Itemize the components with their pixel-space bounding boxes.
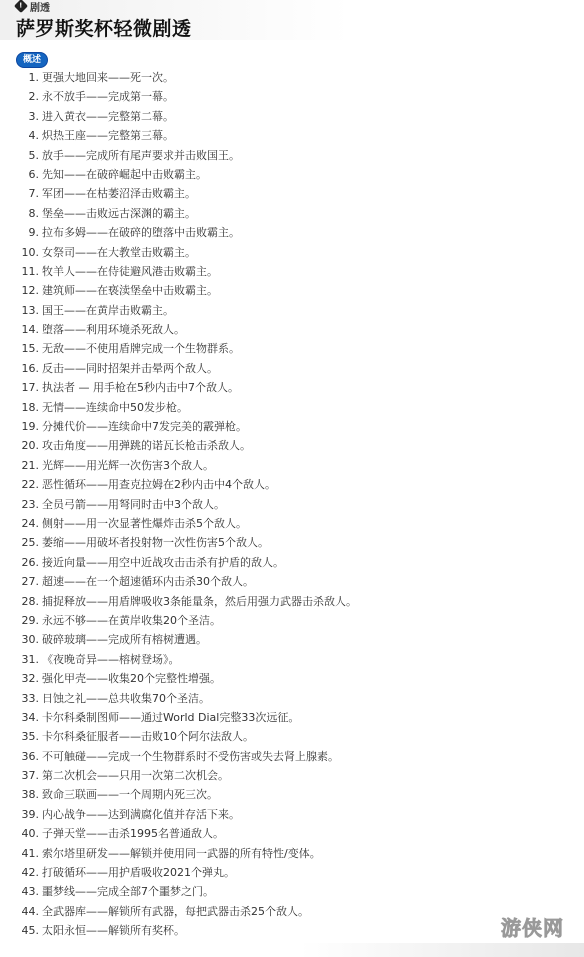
category-label: ! 剧透 (16, 0, 50, 12)
item-number: 40. (0, 824, 42, 843)
item-number: 24. (0, 514, 42, 533)
list-item: 25.萎缩——用破坏者投射物一次性伤害5个敌人。 (0, 533, 357, 552)
list-item: 36.不可触碰——完成一个生物群系时不受伤害或失去肾上腺素。 (0, 747, 357, 766)
watermark-logo: 游侠网 (501, 912, 564, 941)
list-item: 14.堕落——利用环境杀死敌人。 (0, 320, 357, 339)
list-item: 21.光辉——用光辉一次伤害3个敌人。 (0, 456, 357, 475)
item-number: 39. (0, 805, 42, 824)
item-number: 2. (0, 87, 42, 106)
list-item: 7.军团——在枯萎沼泽击败霸主。 (0, 184, 357, 203)
item-text: 无情——连续命中50发步枪。 (42, 398, 188, 417)
item-text: 侧射——用一次显著性爆炸击杀5个敌人。 (42, 514, 247, 533)
list-item: 40.子弹天堂——击杀1995名普通敌人。 (0, 824, 357, 843)
list-item: 29.永远不够——在黄岸收集20个圣洁。 (0, 611, 357, 630)
item-number: 29. (0, 611, 42, 630)
item-number: 38. (0, 785, 42, 804)
item-number: 45. (0, 921, 42, 940)
bottom-shadow (300, 943, 584, 957)
item-text: 进入黄衣——完整第二幕。 (42, 107, 174, 126)
item-text: 太阳永恒——解锁所有奖杯。 (42, 921, 185, 940)
item-text: 萎缩——用破坏者投射物一次性伤害5个敌人。 (42, 533, 269, 552)
list-item: 5.放手——完成所有尾声要求并击败国王。 (0, 146, 357, 165)
list-item: 22.恶性循环——用查克拉姆在2秒内击中4个敌人。 (0, 475, 357, 494)
item-text: 堡垒——击败远古深渊的霸主。 (42, 204, 196, 223)
list-item: 37.第二次机会——只用一次第二次机会。 (0, 766, 357, 785)
item-number: 5. (0, 146, 42, 165)
list-item: 4.炽热王座——完整第三幕。 (0, 126, 357, 145)
item-text: 破碎玻璃——完成所有榕树遭遇。 (42, 630, 207, 649)
item-text: 全武器库——解锁所有武器，每把武器击杀25个敌人。 (42, 902, 309, 921)
item-text: 索尔塔里研发——解锁并使用同一武器的所有特性/变体。 (42, 844, 321, 863)
item-number: 44. (0, 902, 42, 921)
item-number: 41. (0, 844, 42, 863)
list-item: 13.国王——在黄岸击败霸主。 (0, 301, 357, 320)
item-number: 1. (0, 68, 42, 87)
item-text: 强化甲壳——收集20个完整性增强。 (42, 669, 221, 688)
item-text: 超速——在一个超速循环内击杀30个敌人。 (42, 572, 254, 591)
item-number: 9. (0, 223, 42, 242)
item-number: 20. (0, 436, 42, 455)
page-title: 萨罗斯奖杯轻微剧透 (16, 14, 192, 41)
item-number: 15. (0, 339, 42, 358)
item-number: 18. (0, 398, 42, 417)
list-item: 15.无敌——不使用盾牌完成一个生物群系。 (0, 339, 357, 358)
item-text: 更强大地回来——死一次。 (42, 68, 174, 87)
item-text: 卡尔科桑制图师——通过World Dial完整33次远征。 (42, 708, 299, 727)
list-item: 28.捕捉释放——用盾牌吸收3条能量条，然后用强力武器击杀敌人。 (0, 592, 357, 611)
item-text: 子弹天堂——击杀1995名普通敌人。 (42, 824, 224, 843)
item-text: 致命三联画——一个周期内死三次。 (42, 785, 218, 804)
list-item: 6.先知——在破碎崛起中击败霸主。 (0, 165, 357, 184)
list-item: 44.全武器库——解锁所有武器，每把武器击杀25个敌人。 (0, 902, 357, 921)
item-number: 12. (0, 281, 42, 300)
category-text: 剧透 (30, 0, 50, 14)
item-text: 牧羊人——在侍徒避风港击败霸主。 (42, 262, 218, 281)
item-text: 恶性循环——用查克拉姆在2秒内击中4个敌人。 (42, 475, 276, 494)
item-number: 4. (0, 126, 42, 145)
list-item: 3.进入黄衣——完整第二幕。 (0, 107, 357, 126)
item-number: 28. (0, 592, 42, 611)
list-item: 38.致命三联画——一个周期内死三次。 (0, 785, 357, 804)
item-number: 32. (0, 669, 42, 688)
list-item: 26.接近向量——用空中近战攻击击杀有护盾的敌人。 (0, 553, 357, 572)
item-text: 攻击角度——用弹跳的诺瓦长枪击杀敌人。 (42, 436, 251, 455)
item-number: 36. (0, 747, 42, 766)
item-text: 先知——在破碎崛起中击败霸主。 (42, 165, 207, 184)
list-item: 39.内心战争——达到满腐化值并存活下来。 (0, 805, 357, 824)
item-number: 14. (0, 320, 42, 339)
item-text: 执法者 — 用手枪在5秒内击中7个敌人。 (42, 378, 239, 397)
item-text: 炽热王座——完整第三幕。 (42, 126, 174, 145)
item-number: 7. (0, 184, 42, 203)
item-number: 10. (0, 243, 42, 262)
item-number: 34. (0, 708, 42, 727)
list-item: 18.无情——连续命中50发步枪。 (0, 398, 357, 417)
item-number: 22. (0, 475, 42, 494)
item-number: 13. (0, 301, 42, 320)
item-text: 国王——在黄岸击败霸主。 (42, 301, 174, 320)
item-number: 27. (0, 572, 42, 591)
list-item: 45.太阳永恒——解锁所有奖杯。 (0, 921, 357, 940)
item-text: 噩梦线——完成全部7个噩梦之门。 (42, 882, 214, 901)
item-text: 接近向量——用空中近战攻击击杀有护盾的敌人。 (42, 553, 284, 572)
item-text: 不可触碰——完成一个生物群系时不受伤害或失去肾上腺素。 (42, 747, 339, 766)
item-number: 37. (0, 766, 42, 785)
item-text: 军团——在枯萎沼泽击败霸主。 (42, 184, 196, 203)
item-number: 25. (0, 533, 42, 552)
item-number: 42. (0, 863, 42, 882)
list-item: 1.更强大地回来——死一次。 (0, 68, 357, 87)
item-text: 永远不够——在黄岸收集20个圣洁。 (42, 611, 221, 630)
list-item: 24.侧射——用一次显著性爆炸击杀5个敌人。 (0, 514, 357, 533)
list-item: 9.拉布多姆——在破碎的堕落中击败霸主。 (0, 223, 357, 242)
list-item: 23.全员弓箭——用弩同时击中3个敌人。 (0, 495, 357, 514)
item-number: 17. (0, 378, 42, 397)
item-text: 光辉——用光辉一次伤害3个敌人。 (42, 456, 214, 475)
item-text: 无敌——不使用盾牌完成一个生物群系。 (42, 339, 240, 358)
item-number: 35. (0, 727, 42, 746)
list-item: 32.强化甲壳——收集20个完整性增强。 (0, 669, 357, 688)
item-text: 永不放手——完成第一幕。 (42, 87, 174, 106)
item-number: 33. (0, 689, 42, 708)
list-item: 43.噩梦线——完成全部7个噩梦之门。 (0, 882, 357, 901)
item-number: 26. (0, 553, 42, 572)
list-item: 31.《夜晚奇异——榕树登场》。 (0, 650, 357, 669)
list-item: 19.分摊代价——连续命中7发完美的霰弹枪。 (0, 417, 357, 436)
item-text: 第二次机会——只用一次第二次机会。 (42, 766, 229, 785)
item-text: 堕落——利用环境杀死敌人。 (42, 320, 185, 339)
item-number: 8. (0, 204, 42, 223)
item-number: 43. (0, 882, 42, 901)
item-text: 打破循环——用护盾吸收2021个弹丸。 (42, 863, 235, 882)
item-text: 全员弓箭——用弩同时击中3个敌人。 (42, 495, 225, 514)
item-text: 内心战争——达到满腐化值并存活下来。 (42, 805, 240, 824)
item-number: 31. (0, 650, 42, 669)
list-item: 33.日蚀之礼——总共收集70个圣洁。 (0, 689, 357, 708)
trophy-list: 1.更强大地回来——死一次。2.永不放手——完成第一幕。3.进入黄衣——完整第二… (0, 68, 357, 941)
item-number: 16. (0, 359, 42, 378)
item-number: 3. (0, 107, 42, 126)
item-number: 11. (0, 262, 42, 281)
item-text: 日蚀之礼——总共收集70个圣洁。 (42, 689, 210, 708)
section-badge: 概述 (16, 52, 48, 68)
list-item: 27.超速——在一个超速循环内击杀30个敌人。 (0, 572, 357, 591)
item-number: 23. (0, 495, 42, 514)
list-item: 2.永不放手——完成第一幕。 (0, 87, 357, 106)
item-text: 《夜晚奇异——榕树登场》。 (42, 650, 180, 669)
item-text: 拉布多姆——在破碎的堕落中击败霸主。 (42, 223, 240, 242)
list-item: 17.执法者 — 用手枪在5秒内击中7个敌人。 (0, 378, 357, 397)
list-item: 42.打破循环——用护盾吸收2021个弹丸。 (0, 863, 357, 882)
item-number: 30. (0, 630, 42, 649)
item-text: 放手——完成所有尾声要求并击败国王。 (42, 146, 240, 165)
item-text: 反击——同时招架并击晕两个敌人。 (42, 359, 218, 378)
list-item: 41.索尔塔里研发——解锁并使用同一武器的所有特性/变体。 (0, 844, 357, 863)
item-number: 21. (0, 456, 42, 475)
list-item: 10.女祭司——在大教堂击败霸主。 (0, 243, 357, 262)
item-text: 分摊代价——连续命中7发完美的霰弹枪。 (42, 417, 247, 436)
item-number: 6. (0, 165, 42, 184)
list-item: 12.建筑师——在亵渎堡垒中击败霸主。 (0, 281, 357, 300)
list-item: 35.卡尔科桑征服者——击败10个阿尔法敌人。 (0, 727, 357, 746)
item-number: 19. (0, 417, 42, 436)
list-item: 34.卡尔科桑制图师——通过World Dial完整33次远征。 (0, 708, 357, 727)
item-text: 捕捉释放——用盾牌吸收3条能量条，然后用强力武器击杀敌人。 (42, 592, 357, 611)
list-item: 20.攻击角度——用弹跳的诺瓦长枪击杀敌人。 (0, 436, 357, 455)
item-text: 建筑师——在亵渎堡垒中击败霸主。 (42, 281, 218, 300)
list-item: 11.牧羊人——在侍徒避风港击败霸主。 (0, 262, 357, 281)
warning-diamond-icon: ! (14, 0, 28, 13)
item-text: 卡尔科桑征服者——击败10个阿尔法敌人。 (42, 727, 254, 746)
list-item: 8.堡垒——击败远古深渊的霸主。 (0, 204, 357, 223)
list-item: 30.破碎玻璃——完成所有榕树遭遇。 (0, 630, 357, 649)
list-item: 16.反击——同时招架并击晕两个敌人。 (0, 359, 357, 378)
item-text: 女祭司——在大教堂击败霸主。 (42, 243, 196, 262)
